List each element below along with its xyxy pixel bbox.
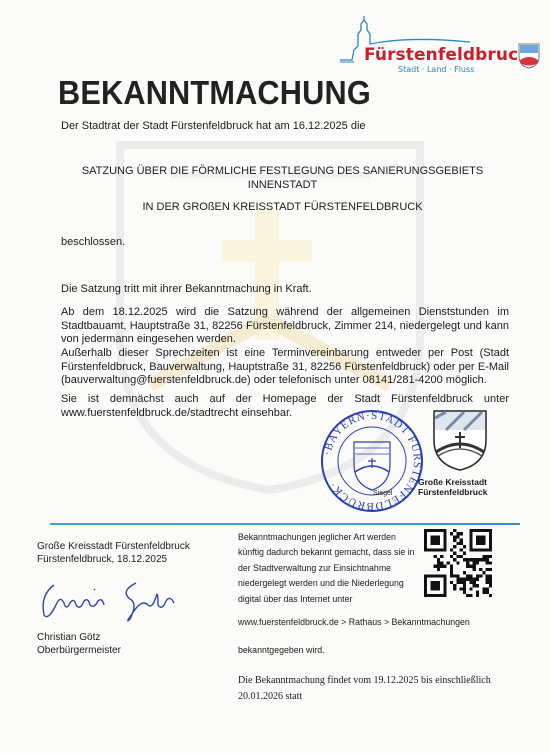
statute-title-line3: IN DER GROßEN KREISSTADT FÜRSTENFELDBRUC… <box>55 200 510 214</box>
footer-authority: Große Kreisstadt Fürstenfeldbruck Fürste… <box>37 541 190 566</box>
authority-name: Große Kreisstadt Fürstenfeldbruck <box>37 541 190 554</box>
notice-line: der Stadtverwaltung zur Einsichtnahme <box>238 561 428 576</box>
page-title: BEKANNTMACHUNG <box>58 74 371 112</box>
notice-line: künftig dadurch bekannt gemacht, dass si… <box>238 545 428 560</box>
intro-text: Der Stadtrat der Stadt Fürstenfeldbruck … <box>61 120 366 132</box>
notice-line: niedergelegt werden und die Niederlegung <box>238 576 428 591</box>
notice-period: Die Bekanntmachung findet vom 19.12.2025… <box>238 673 538 705</box>
notice-line: digital über das Internet unter <box>238 592 428 607</box>
notice-text: Bekanntmachungen jeglicher Art werden kü… <box>238 530 428 607</box>
coat-of-arms-icon <box>518 43 540 69</box>
signature-icon <box>34 575 194 625</box>
effective-text: Die Satzung tritt mit ihrer Bekanntmachu… <box>61 283 509 297</box>
statute-title-line1: SATZUNG ÜBER DIE FÖRMLICHE FESTLEGUNG DE… <box>55 164 510 178</box>
period-line1: Die Bekanntmachung findet vom 19.12.2025… <box>238 673 538 689</box>
signer: Christian Götz Oberbürgermeister <box>37 632 121 657</box>
inspection-text: Ab dem 18.12.2025 wird die Satzung währe… <box>61 306 509 347</box>
website-path: www.fuerstenfeldbruck.de > Rathaus > Bek… <box>238 617 470 627</box>
logo-name: Fürstenfeldbruck <box>364 45 530 65</box>
appointment-text: Außerhalb dieser Sprechzeiten ist eine T… <box>61 347 509 388</box>
signer-name: Christian Götz <box>37 632 121 645</box>
period-line2: 20.01.2026 statt <box>238 689 538 705</box>
notice-line: Bekanntmachungen jeglicher Art werden <box>238 530 428 545</box>
city-coat-of-arms-icon <box>430 408 490 472</box>
official-seal-icon: ·BAYERN·STADT FÜRSTENFELDBRUCK· <box>318 408 426 514</box>
footer-divider <box>50 523 520 525</box>
statute-title-line2: INNENSTADT <box>55 178 510 192</box>
coat-label-line2: Fürstenfeldbruck <box>418 487 487 497</box>
coat-of-arms-label: Große Kreisstadt Fürstenfeldbruck <box>418 477 487 497</box>
given-text: bekanntgegeben wird. <box>238 645 325 655</box>
city-logo: Fürstenfeldbruck Stadt · Land · Fluss <box>340 12 545 74</box>
resolved-text: beschlossen. <box>61 236 509 250</box>
qr-code-icon[interactable] <box>424 529 492 597</box>
logo-tagline: Stadt · Land · Fluss <box>398 65 474 74</box>
coat-label-line1: Große Kreisstadt <box>418 477 487 487</box>
place-date: Fürstenfeldbruck, 18.12.2025 <box>37 554 190 567</box>
signer-title: Oberbürgermeister <box>37 645 121 658</box>
seal-label: Siegel <box>373 490 392 497</box>
